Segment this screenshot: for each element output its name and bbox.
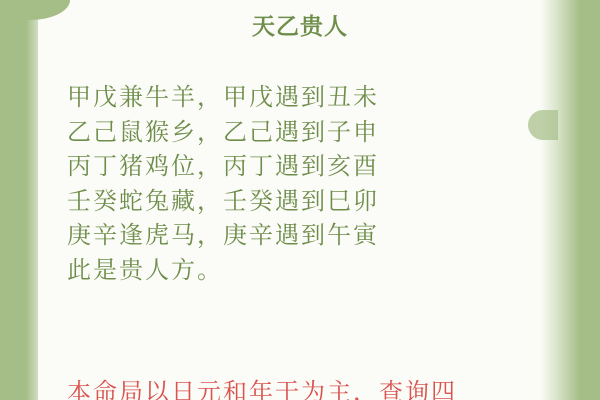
note-text: 本命局以日元和年干为主，查询四 xyxy=(67,372,457,400)
document-content: 天乙贵人 甲戊兼牛羊，甲戊遇到丑未 乙己鼠猴乡，乙己遇到子申 丙丁猪鸡位，丙丁遇… xyxy=(0,0,600,400)
verse-line: 乙己鼠猴乡，乙己遇到子申 xyxy=(67,115,379,150)
verse-line: 庚辛逢虎马，庚辛遇到午寅 xyxy=(67,218,379,253)
verse-line: 甲戊兼牛羊，甲戊遇到丑未 xyxy=(67,80,379,115)
verse-block: 甲戊兼牛羊，甲戊遇到丑未 乙己鼠猴乡，乙己遇到子申 丙丁猪鸡位，丙丁遇到亥酉 壬… xyxy=(67,80,379,287)
verse-line: 丙丁猪鸡位，丙丁遇到亥酉 xyxy=(67,149,379,184)
verse-line: 此是贵人方。 xyxy=(67,253,379,288)
verse-line: 壬癸蛇兔藏，壬癸遇到巳卯 xyxy=(67,184,379,219)
page-title: 天乙贵人 xyxy=(0,8,600,41)
